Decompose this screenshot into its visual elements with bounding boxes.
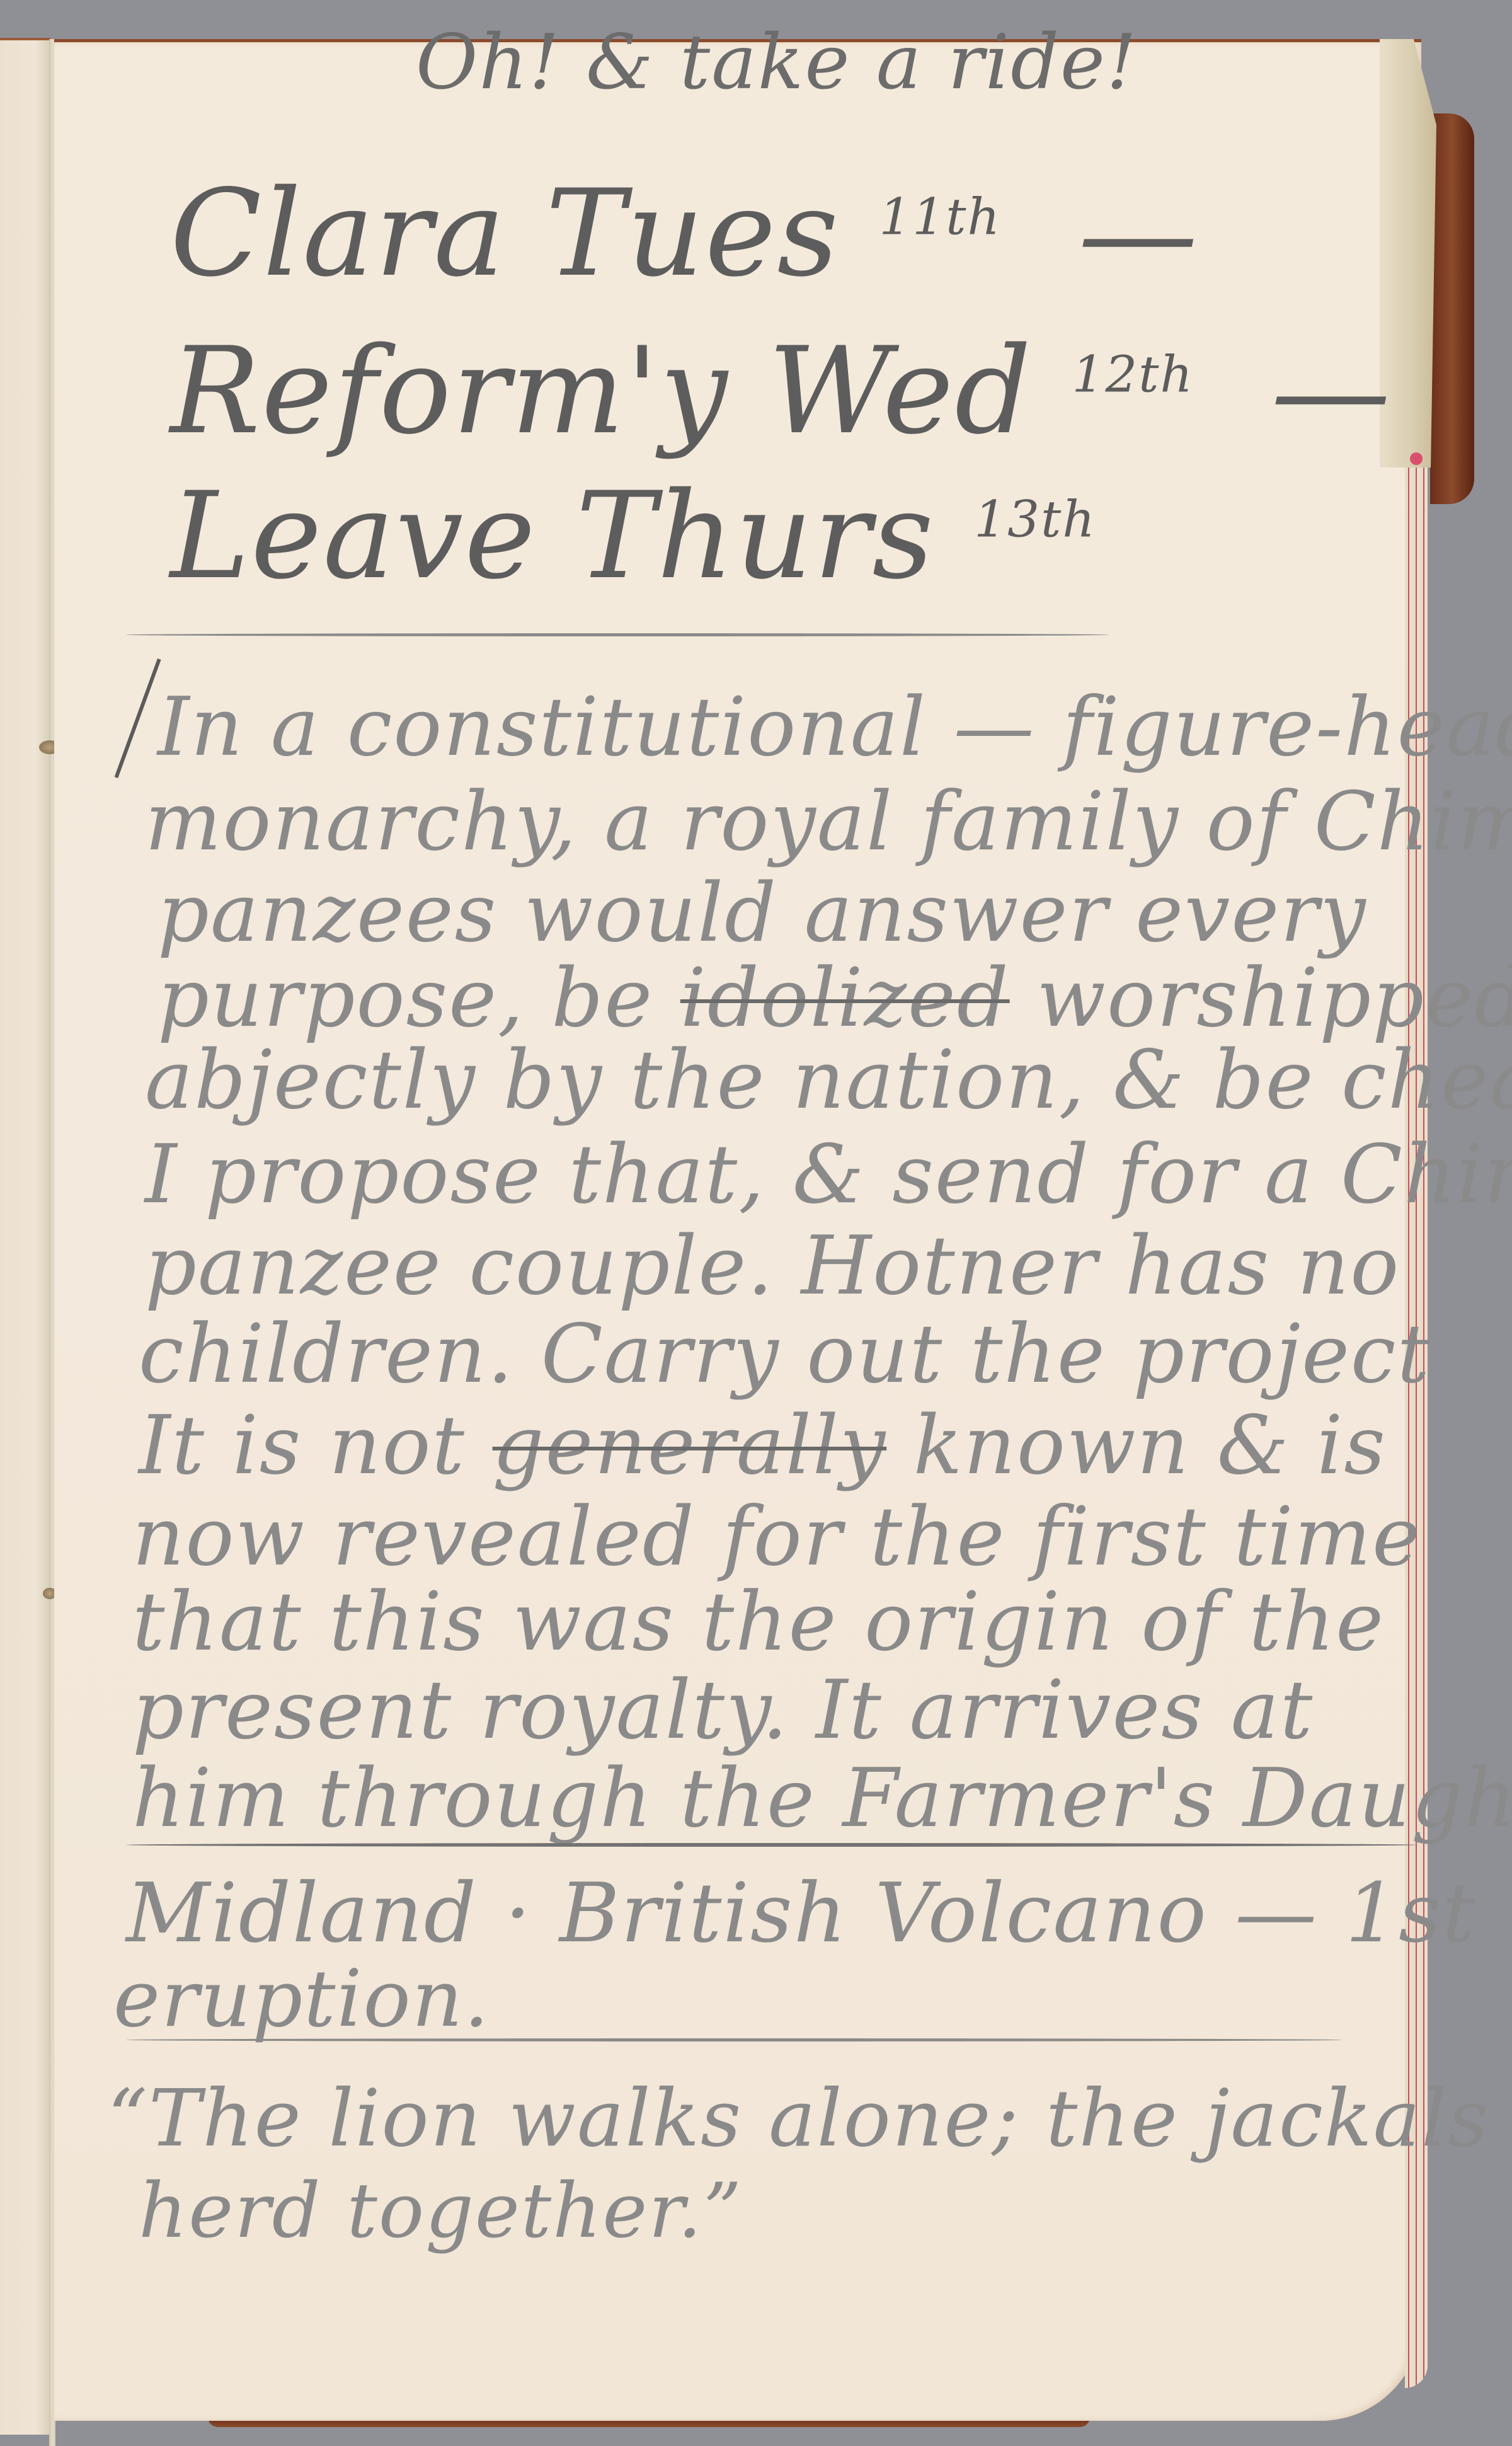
passage-text: purpose, be (157, 951, 653, 1045)
struck-word: idolized (680, 951, 1010, 1045)
schedule-date: 11th (879, 188, 1000, 246)
schedule-date: 12th (1072, 345, 1193, 404)
schedule-item: Leave Thurs 13th (170, 466, 1096, 606)
schedule-mark: — (1078, 164, 1199, 303)
schedule-mark: — (1271, 321, 1392, 461)
schedule-item: Reform'y Wed 12th — (170, 321, 1392, 461)
passage-line: children. Carry out the project (139, 1307, 1431, 1401)
passage-line: In a constitutional — figure-head — (157, 680, 1512, 774)
passage-line: It is not generally known & is (139, 1399, 1387, 1493)
divider-rule (126, 2038, 1342, 2041)
schedule-label: Leave (170, 466, 537, 606)
schedule-date: 13th (974, 490, 1096, 549)
divider-rule (126, 633, 1109, 636)
schedule-day: Wed (768, 321, 1033, 461)
passage-line: I propose that, & send for a Chim- (145, 1128, 1512, 1222)
quote-line: “The lion walks alone; the jackals (107, 2073, 1489, 2164)
schedule-day: Thurs (576, 466, 935, 606)
passage-text: It is not (139, 1399, 466, 1493)
header-note: Oh! & take a ride! (416, 19, 1138, 106)
passage-line: panzees would answer every (157, 866, 1367, 960)
passage-line: him through the Farmer's Daughter, (132, 1752, 1512, 1846)
facing-page-edge (0, 38, 50, 2435)
schedule-label: Reform'y (170, 321, 729, 461)
quote-line: herd together.” (139, 2168, 743, 2255)
passage-text: worshipped as (1036, 951, 1512, 1045)
schedule-item: Clara Tues 11th — (170, 164, 1199, 303)
passage-line: panzee couple. Hotner has no (145, 1219, 1400, 1313)
passage-line: monarchy, a royal family of Chim- (145, 775, 1512, 869)
struck-word: generally (493, 1399, 887, 1493)
divider-rule (126, 1843, 1417, 1847)
leather-cover-edge (1430, 113, 1474, 504)
passage-line: now revealed for the first time (132, 1490, 1421, 1584)
note-line: eruption. (113, 1953, 490, 2045)
note-line: Midland · British Volcano — 1st (126, 1865, 1476, 1961)
passage-line: that this was the origin of the (132, 1575, 1385, 1669)
passage-line: abjectly by the nation, & be cheaper. (145, 1033, 1512, 1127)
passage-line: present royalty. It arrives at (132, 1663, 1314, 1757)
red-edge-mark (1410, 452, 1423, 465)
schedule-label: Clara (170, 164, 507, 303)
passage-text: known & is (913, 1399, 1387, 1493)
passage-line: purpose, be idolized worshipped as (157, 951, 1512, 1045)
schedule-day: Tues (546, 164, 840, 303)
